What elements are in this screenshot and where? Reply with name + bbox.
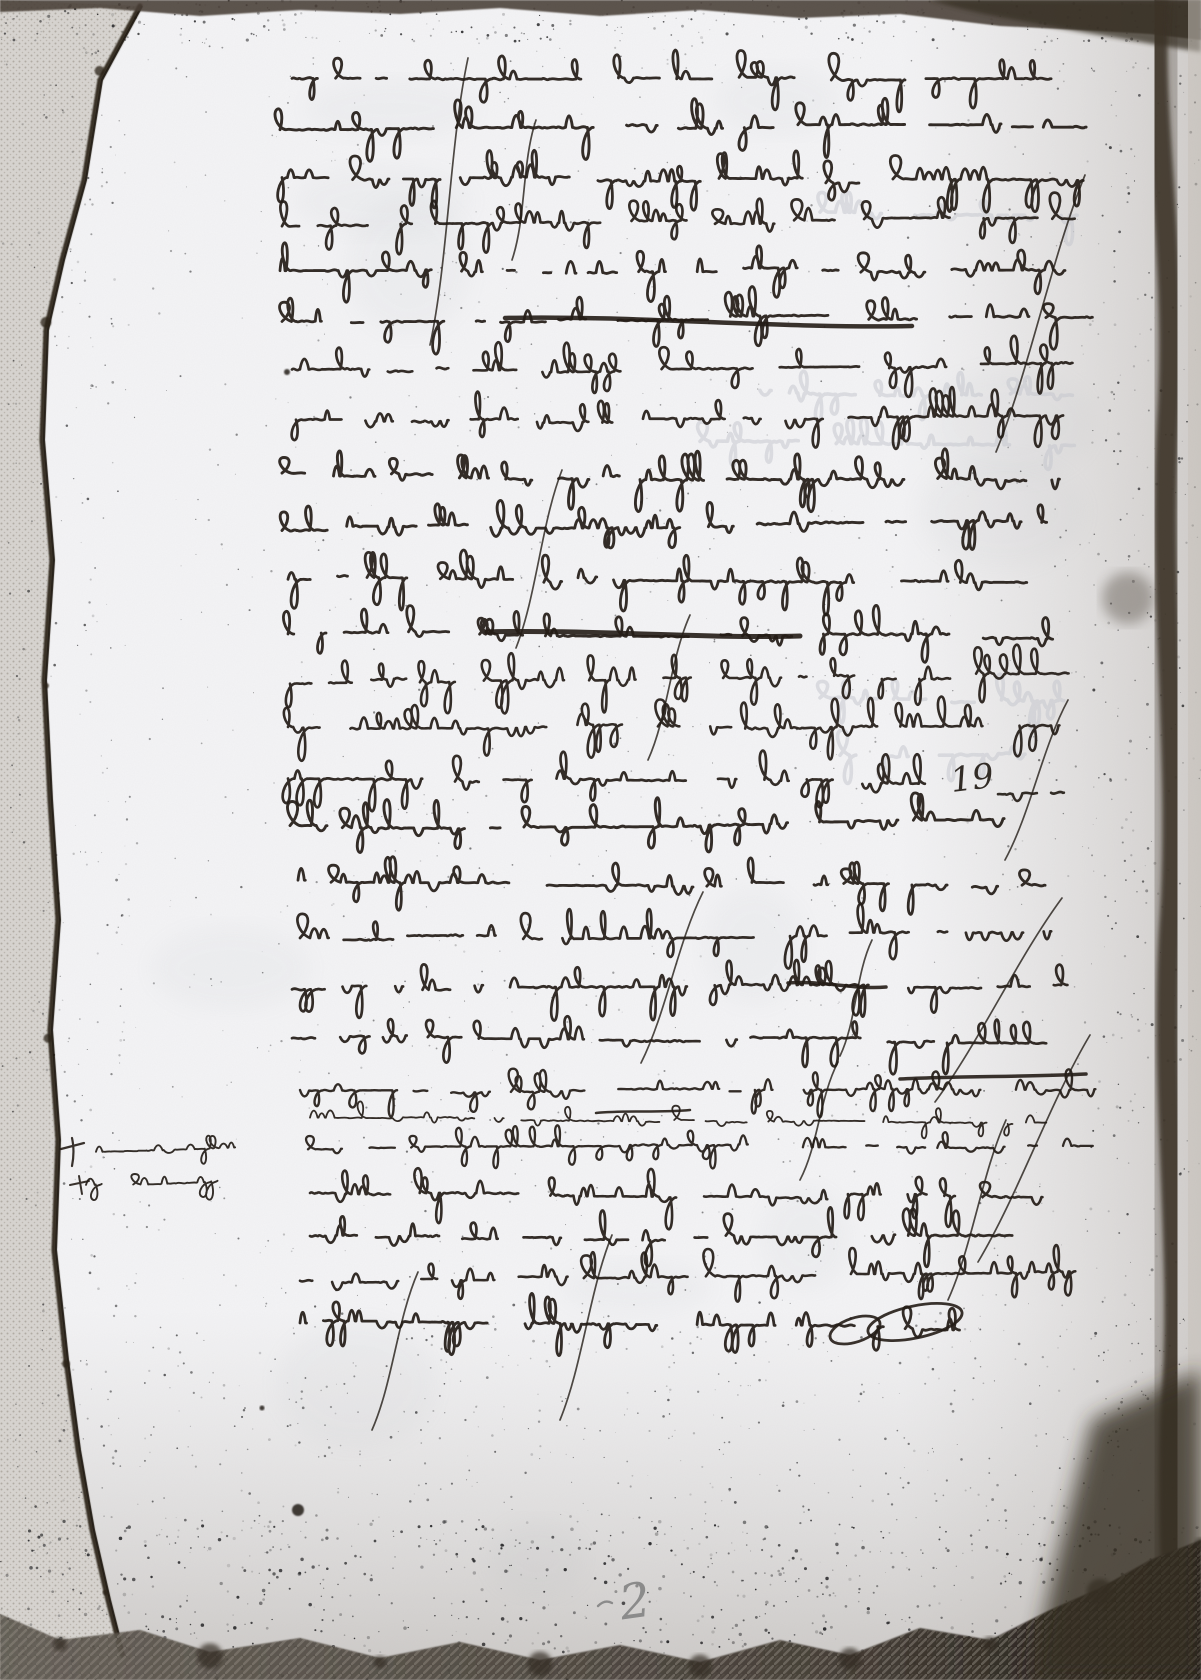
manuscript-scan-page: 19 2 xyxy=(0,0,1201,1680)
manuscript-scan-canvas: 19 2 xyxy=(0,0,1201,1680)
photocopy-grain xyxy=(0,0,1201,1680)
